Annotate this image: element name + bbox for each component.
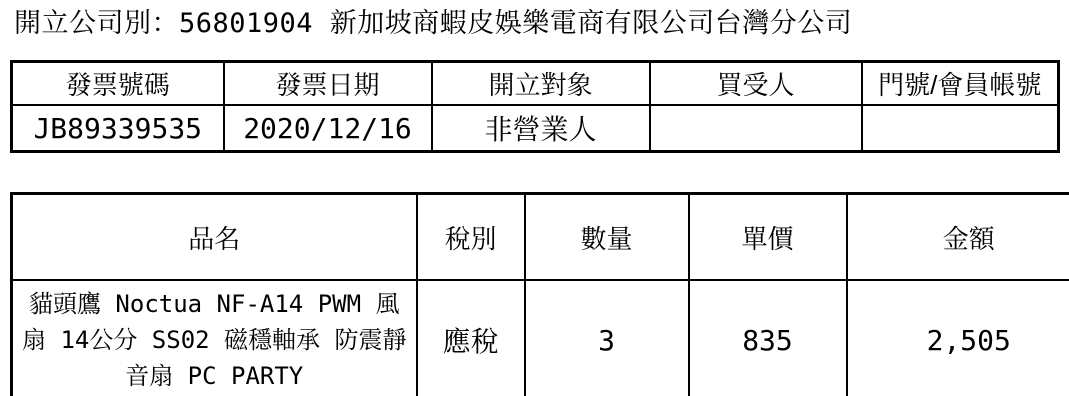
item-product-name: 貓頭鷹 Noctua NF-A14 PWM 風扇 14公分 SS02 磁穩軸承 … xyxy=(12,280,417,396)
invoice-info-header-row: 發票號碼 發票日期 開立對象 買受人 門號/會員帳號 xyxy=(12,62,1059,106)
issuer-company-line: 開立公司別：56801904 新加坡商蝦皮娛樂電商有限公司台灣分公司 xyxy=(14,7,852,41)
member-account-value xyxy=(862,105,1059,152)
items-header-row: 品名 稅別 數量 單價 金額 xyxy=(12,194,1069,281)
invoice-detail-page: 開立公司別：56801904 新加坡商蝦皮娛樂電商有限公司台灣分公司 發票號碼 … xyxy=(0,0,1069,396)
col-header-invoice-number: 發票號碼 xyxy=(12,62,224,106)
invoice-info-data-row: JB89339535 2020/12/16 非營業人 xyxy=(12,105,1059,152)
item-amount: 2,505 xyxy=(847,280,1069,396)
item-unit-price: 835 xyxy=(689,280,847,396)
col-header-buyer: 買受人 xyxy=(650,62,862,106)
invoice-info-table: 發票號碼 發票日期 開立對象 買受人 門號/會員帳號 JB89339535 20… xyxy=(10,60,1060,153)
item-tax-type: 應稅 xyxy=(417,280,525,396)
invoice-items-table: 品名 稅別 數量 單價 金額 貓頭鷹 Noctua NF-A14 PWM 風扇 … xyxy=(10,192,1069,396)
col-header-invoice-date: 發票日期 xyxy=(224,62,432,106)
item-quantity: 3 xyxy=(525,280,689,396)
issued-to-value: 非營業人 xyxy=(432,105,650,152)
col-header-unit-price: 單價 xyxy=(689,194,847,281)
col-header-quantity: 數量 xyxy=(525,194,689,281)
invoice-date-value: 2020/12/16 xyxy=(224,105,432,152)
invoice-number-value: JB89339535 xyxy=(12,105,224,152)
col-header-member-account: 門號/會員帳號 xyxy=(862,62,1059,106)
col-header-tax-type: 稅別 xyxy=(417,194,525,281)
col-header-amount: 金額 xyxy=(847,194,1069,281)
col-header-product-name: 品名 xyxy=(12,194,417,281)
col-header-issued-to: 開立對象 xyxy=(432,62,650,106)
buyer-value xyxy=(650,105,862,152)
item-row: 貓頭鷹 Noctua NF-A14 PWM 風扇 14公分 SS02 磁穩軸承 … xyxy=(12,280,1069,396)
